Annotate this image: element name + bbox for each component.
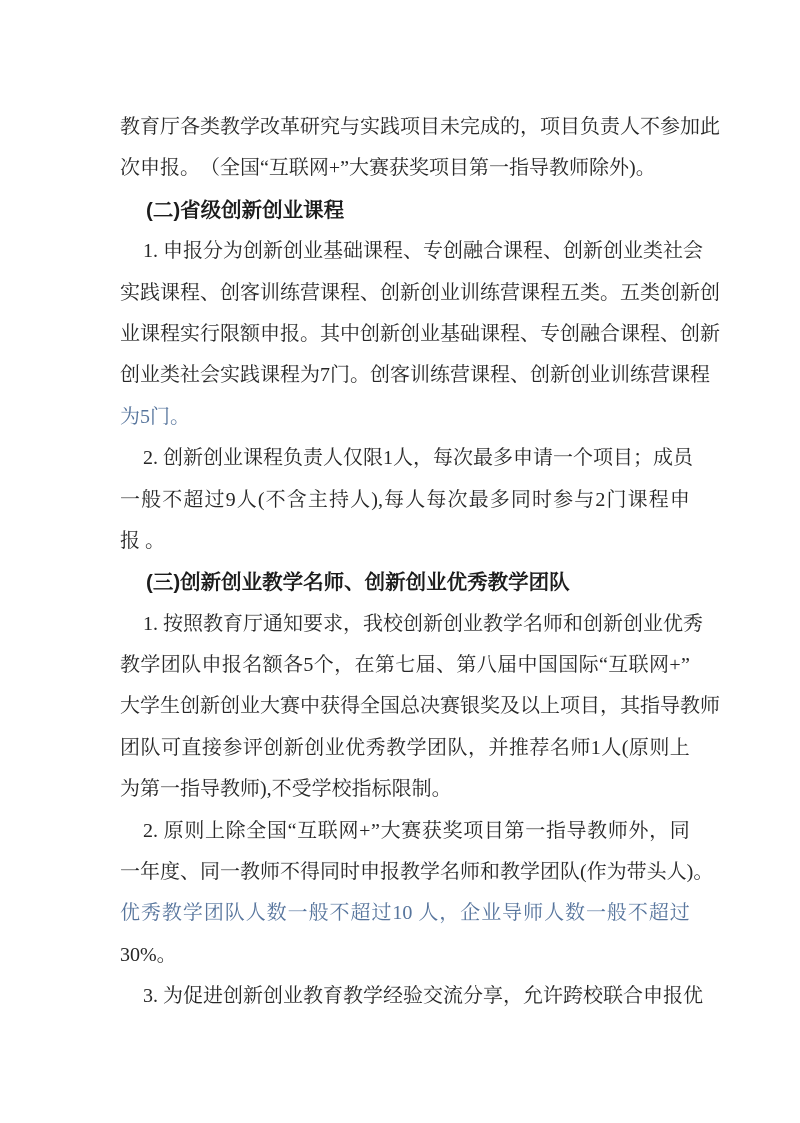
text-token: 专 <box>423 231 443 272</box>
text-token: 申 <box>163 231 183 272</box>
text-token: 上 <box>540 686 560 727</box>
text-token: 育 <box>323 976 343 1017</box>
text-token: 育 <box>223 604 243 645</box>
text-token: 教 <box>500 852 520 893</box>
text-token: 创 <box>243 231 263 272</box>
text-token: 作 <box>587 852 607 893</box>
text-token: 般 <box>141 480 161 521</box>
text-token: 2. <box>143 438 163 479</box>
text-token: 业 <box>643 604 663 645</box>
text-token: 中 <box>518 645 538 686</box>
text-token: 秀 <box>683 604 703 645</box>
text-token: 践 <box>380 107 400 148</box>
text-token: 教 <box>120 107 140 148</box>
text-token: 创 <box>120 355 140 396</box>
text-token: 程 <box>280 355 300 396</box>
text-token: 学 <box>363 976 383 1017</box>
text-token: 。 <box>300 314 320 355</box>
text-token: 申 <box>670 480 690 521</box>
text-token: 项 <box>560 686 580 727</box>
text-token: 业 <box>420 314 440 355</box>
text-token: 数 <box>565 893 585 934</box>
text-token: ， <box>343 604 363 645</box>
text-token: 队 <box>448 728 468 769</box>
text-token: 为 <box>300 355 320 396</box>
text-token: 团 <box>427 728 447 769</box>
document-text: 教育厅各类教学改革研究与实践项目未完成的，项目负责人不参加此次申报。 （全国“互… <box>120 107 690 1018</box>
text-token: 人 <box>323 438 343 479</box>
text-token: 生 <box>160 686 180 727</box>
text-token: 创 <box>403 604 423 645</box>
text-token: 第 <box>375 645 395 686</box>
text-line: 大学生创新创业大赛中获得全国总决赛银奖及以上项目，其指导教师 <box>120 686 690 727</box>
text-token: 1 <box>383 438 393 479</box>
text-token: 不 <box>330 893 350 934</box>
text-token: 目 <box>420 107 440 148</box>
text-token: 持 <box>329 480 349 521</box>
text-token: 目 <box>613 438 633 479</box>
text-token: 创 <box>380 273 400 314</box>
text-token: 师 <box>543 604 563 645</box>
text-token: 人 <box>405 480 425 521</box>
text-token: ， <box>600 686 620 727</box>
text-token: 请 <box>533 438 553 479</box>
text-token: 验 <box>403 976 423 1017</box>
text-token: 加 <box>680 107 700 148</box>
text-token: 参 <box>553 480 573 521</box>
text-token: ), <box>371 480 383 521</box>
text-token: 银 <box>460 686 480 727</box>
text-token: 程 <box>490 355 510 396</box>
text-token: 实 <box>220 355 240 396</box>
text-token: 名 <box>242 645 262 686</box>
text-token: 每 <box>433 438 453 479</box>
text-token: 究 <box>320 107 340 148</box>
text-token: 完 <box>460 107 480 148</box>
text-token: 网 <box>649 645 669 686</box>
text-token: 每 <box>384 480 404 521</box>
text-token: 实 <box>180 314 200 355</box>
text-token: 新 <box>183 438 203 479</box>
text-token: 新 <box>200 686 220 727</box>
text-token: 报 <box>380 852 400 893</box>
text-token: 个 <box>314 645 334 686</box>
text-token: 程 <box>649 480 669 521</box>
text-segment: (三)创新创业教学名师、创新创业优秀教学团队 <box>146 571 570 594</box>
text-token: 课 <box>140 314 160 355</box>
text-token: 头 <box>647 852 667 893</box>
text-token: 门 <box>606 480 626 521</box>
text-token: 创 <box>660 273 680 314</box>
text-token: 创 <box>304 728 324 769</box>
text-token: 第 <box>456 645 476 686</box>
text-token: 程 <box>690 355 710 396</box>
text-token: 总 <box>400 686 420 727</box>
text-token: 业 <box>240 686 260 727</box>
text-token: 全 <box>246 811 266 852</box>
text-token: 创 <box>530 355 550 396</box>
text-token: 各 <box>180 107 200 148</box>
text-segment: 次申报。 （全国“互联网+”大赛获奖项目第一指导教师除外)。 <box>120 157 656 179</box>
text-token: 名 <box>550 728 570 769</box>
text-token: 优 <box>345 728 365 769</box>
text-token: 、 <box>200 273 220 314</box>
text-token: 负 <box>580 107 600 148</box>
text-token: 营 <box>450 355 470 396</box>
text-token: 学 <box>420 852 440 893</box>
text-token: 目 <box>484 811 504 852</box>
text-token: 教 <box>120 645 140 686</box>
text-token: 团 <box>120 728 140 769</box>
text-token: ， <box>520 107 540 148</box>
text-token: 过 <box>371 893 391 934</box>
text-token: ” <box>681 645 690 686</box>
text-token: 类 <box>640 273 660 314</box>
text-token: 创 <box>563 231 583 272</box>
text-token: 人 <box>246 893 266 934</box>
text-token: 大 <box>260 686 280 727</box>
text-token: 互 <box>297 811 317 852</box>
text-token: 不 <box>640 107 660 148</box>
text-token: 师 <box>260 852 280 893</box>
text-token: 则 <box>649 728 669 769</box>
text-token: 客 <box>240 273 260 314</box>
text-token: 、 <box>436 645 456 686</box>
text-token: 1. <box>143 231 163 272</box>
text-token: 申 <box>260 314 280 355</box>
text-token: 创 <box>420 273 440 314</box>
text-token: 新 <box>243 976 263 1017</box>
text-token: 般 <box>309 893 329 934</box>
text-token: 原 <box>164 811 184 852</box>
text-token: 教 <box>587 811 607 852</box>
text-token: 教 <box>240 852 260 893</box>
text-token: 许 <box>543 976 563 1017</box>
text-token: 报 <box>663 976 683 1017</box>
text-line: 团队可直接参评创新创业优秀教学团队，并推荐名师1人(原则上 <box>120 728 690 769</box>
text-token: “ <box>599 645 608 686</box>
text-token: 申 <box>202 645 222 686</box>
text-token: 得 <box>340 686 360 727</box>
text-token: 学 <box>503 604 523 645</box>
text-token: 训 <box>610 355 630 396</box>
text-token: 流 <box>443 976 463 1017</box>
text-token: 队 <box>225 893 245 934</box>
text-token: 团 <box>161 645 181 686</box>
text-token: 课 <box>260 355 280 396</box>
text-token: 与 <box>574 480 594 521</box>
text-token: 导 <box>660 686 680 727</box>
text-token: ， <box>503 976 523 1017</box>
text-token: 类 <box>200 107 220 148</box>
text-token: 创 <box>360 314 380 355</box>
text-token: 全 <box>360 686 380 727</box>
text-segment: 为5门。 <box>120 406 190 428</box>
text-token: 创 <box>400 314 420 355</box>
text-token: 五 <box>620 273 640 314</box>
text-token: 目 <box>560 107 580 148</box>
text-token: 赛 <box>401 811 421 852</box>
text-token: 会 <box>683 231 703 272</box>
text-token: 业 <box>223 438 243 479</box>
text-token: 2. <box>143 811 163 852</box>
text-token: 目 <box>580 686 600 727</box>
text-token: 程 <box>523 231 543 272</box>
text-token: 新 <box>263 231 283 272</box>
text-token: 队 <box>560 852 580 893</box>
text-line: 教育厅各类教学改革研究与实践项目未完成的，项目负责人不参加此 <box>120 107 690 148</box>
text-line: 一年度、同一教师不得同时申报教学名师和教学团队(作为带头人)。 <box>120 852 690 893</box>
text-line: 3. 为促进创新创业教育教学经验交流分享，允许跨校联合申报优 <box>120 976 690 1017</box>
text-token: 校 <box>383 604 403 645</box>
text-token: ( <box>580 852 587 893</box>
text-token: 时 <box>532 480 552 521</box>
text-token: 跨 <box>563 976 583 1017</box>
text-token: 一 <box>288 893 308 934</box>
text-token: 队 <box>181 645 201 686</box>
text-token: 指 <box>546 811 566 852</box>
text-token: 学 <box>520 852 540 893</box>
text-token: 新 <box>700 314 720 355</box>
text-token: 导 <box>502 893 522 934</box>
text-token: 第 <box>505 811 525 852</box>
text-token: 程 <box>540 273 560 314</box>
text-token: 名 <box>523 604 543 645</box>
text-token: 践 <box>140 273 160 314</box>
text-token: 训 <box>410 355 430 396</box>
text-token: 程 <box>160 314 180 355</box>
text-line: 1. 按照教育厅通知要求，我校创新创业教学名师和创新创业优秀 <box>120 604 690 645</box>
section-heading-line: (三)创新创业教学名师、创新创业优秀教学团队 <box>120 562 690 603</box>
text-token: 一 <box>120 480 140 521</box>
text-token: 新 <box>284 728 304 769</box>
text-token: 会 <box>200 355 220 396</box>
text-token: 类 <box>643 231 663 272</box>
text-token: 五 <box>560 273 580 314</box>
text-token: 创 <box>583 604 603 645</box>
text-token: 可 <box>161 728 181 769</box>
text-token: 秀 <box>141 893 161 934</box>
text-token: 、 <box>180 852 200 893</box>
text-token: 导 <box>567 811 587 852</box>
text-token: 改 <box>260 107 280 148</box>
text-token: 行 <box>200 314 220 355</box>
text-line: 创业类社会实践课程为7门。创客训练营课程、创新创业训练营课程 <box>120 355 690 396</box>
text-token: 创 <box>370 355 390 396</box>
text-token: 练 <box>430 355 450 396</box>
text-token: 业 <box>303 231 323 272</box>
text-token: 中 <box>300 686 320 727</box>
text-line: 1. 申报分为创新创业基础课程、专创融合课程、创新创业类社会 <box>120 231 690 272</box>
text-token: 主 <box>308 480 328 521</box>
text-token: 项 <box>593 438 613 479</box>
text-token: 新 <box>423 604 443 645</box>
text-token: 网 <box>338 811 358 852</box>
text-token: 上 <box>670 728 690 769</box>
text-token: 学 <box>140 645 160 686</box>
text-token: 过 <box>205 480 225 521</box>
text-token: 训 <box>260 273 280 314</box>
text-token: 一 <box>220 852 240 893</box>
text-token: 实 <box>120 273 140 314</box>
text-token: 国 <box>538 645 558 686</box>
text-token: 革 <box>280 107 300 148</box>
text-token: 知 <box>283 604 303 645</box>
text-token: 程 <box>263 438 283 479</box>
text-line: 2. 创新创业课程负责人仅限1人，每次最多申请一个项目；成员 <box>120 438 690 479</box>
text-token: 求 <box>323 604 343 645</box>
text-token: 同 <box>200 852 220 893</box>
text-token: 最 <box>473 438 493 479</box>
text-token: 课 <box>480 314 500 355</box>
text-token: 练 <box>280 273 300 314</box>
text-token: 成 <box>653 438 673 479</box>
text-token: 申 <box>360 852 380 893</box>
text-token: 人 <box>544 893 564 934</box>
text-token: 人 <box>667 852 687 893</box>
text-token: 超 <box>649 893 669 934</box>
text-token: 额 <box>263 645 283 686</box>
text-token: 社 <box>180 355 200 396</box>
text-token: 外 <box>628 811 648 852</box>
text-token: 程 <box>640 314 660 355</box>
text-token: 营 <box>650 355 670 396</box>
text-token: 创 <box>443 604 463 645</box>
text-token: 创 <box>220 273 240 314</box>
text-token: 教 <box>220 107 240 148</box>
text-token: 报 <box>183 231 203 272</box>
text-line: 报 。 <box>120 521 690 562</box>
text-token: 客 <box>390 355 410 396</box>
text-token: 教 <box>483 604 503 645</box>
text-token: 多 <box>490 480 510 521</box>
text-token: 大 <box>381 811 401 852</box>
text-segment: 30%。 <box>120 944 177 966</box>
text-token: 课 <box>243 438 263 479</box>
text-token: 业 <box>140 355 160 396</box>
text-token: 及 <box>500 686 520 727</box>
text-token: 超 <box>350 893 370 934</box>
text-token: 的 <box>500 107 520 148</box>
text-token: 届 <box>497 645 517 686</box>
text-token: 学 <box>240 107 260 148</box>
text-token: 人 <box>393 438 413 479</box>
text-token: 融 <box>580 314 600 355</box>
text-token: 经 <box>383 976 403 1017</box>
text-token: 创 <box>603 231 623 272</box>
text-token: 八 <box>477 645 497 686</box>
text-token: 业 <box>120 314 140 355</box>
text-token: 创 <box>203 438 223 479</box>
text-token: 1 <box>591 728 601 769</box>
text-token: 不 <box>628 893 648 934</box>
text-line: 30%。 <box>120 935 690 976</box>
text-token: 企 <box>460 893 480 934</box>
text-line: 教学团队申报名额各5个，在第七届、第八届中国国际“互联网+” <box>120 645 690 686</box>
text-token: 和 <box>480 852 500 893</box>
text-token: 按 <box>163 604 183 645</box>
text-token: 通 <box>263 604 283 645</box>
text-token: 度 <box>160 852 180 893</box>
text-segment: 报 。 <box>120 530 165 552</box>
text-token: 程 <box>500 314 520 355</box>
text-token: ( <box>622 728 629 769</box>
text-token: 责 <box>600 107 620 148</box>
text-token: 创 <box>220 686 240 727</box>
text-token: 个 <box>573 438 593 479</box>
text-token: ， <box>439 893 459 934</box>
text-token: 学 <box>140 686 160 727</box>
text-token: 同 <box>320 852 340 893</box>
text-token: 接 <box>202 728 222 769</box>
text-token: 一 <box>525 811 545 852</box>
text-token: 创 <box>443 231 463 272</box>
text-token: 业 <box>623 231 643 272</box>
text-token: 教 <box>343 976 363 1017</box>
text-token: 、 <box>403 231 423 272</box>
text-token: 分 <box>203 231 223 272</box>
text-token: 、 <box>510 355 530 396</box>
text-token: 联 <box>629 645 649 686</box>
text-token: 我 <box>363 604 383 645</box>
text-token: 创 <box>283 231 303 272</box>
text-token: 1. <box>143 604 163 645</box>
text-token: 中 <box>340 314 360 355</box>
text-token: 创 <box>570 355 590 396</box>
text-token: 和 <box>563 604 583 645</box>
text-token: 不 <box>280 852 300 893</box>
text-token: 创 <box>223 976 243 1017</box>
text-token: 课 <box>520 273 540 314</box>
text-token: 获 <box>422 811 442 852</box>
text-token: 为 <box>223 231 243 272</box>
text-token: 课 <box>503 231 523 272</box>
text-token: 进 <box>203 976 223 1017</box>
text-token: 赛 <box>280 686 300 727</box>
text-token: 业 <box>590 355 610 396</box>
text-line: 业课程实行限额申报。其中创新创业基础课程、专创融合课程、创新 <box>120 314 690 355</box>
text-token: 师 <box>570 728 590 769</box>
text-token: 数 <box>267 893 287 934</box>
text-token: 。 <box>693 852 713 893</box>
text-token: 次 <box>453 438 473 479</box>
text-token: 员 <box>673 438 693 479</box>
text-token: 教 <box>386 728 406 769</box>
text-token: 、 <box>660 314 680 355</box>
text-token: 国 <box>558 645 578 686</box>
text-token: 额 <box>240 314 260 355</box>
text-token: 项 <box>463 811 483 852</box>
text-token: 教 <box>680 686 700 727</box>
text-token: ， <box>334 645 354 686</box>
text-token: 程 <box>383 231 403 272</box>
text-token: 国 <box>267 811 287 852</box>
text-token: 研 <box>300 107 320 148</box>
text-token: 2 <box>595 480 605 521</box>
text-token: 负 <box>283 438 303 479</box>
text-token: 则 <box>184 811 204 852</box>
text-token: 7 <box>320 355 330 396</box>
text-token: 新 <box>583 231 603 272</box>
text-token: 、 <box>360 273 380 314</box>
text-token: 育 <box>140 107 160 148</box>
text-token: 报 <box>222 645 242 686</box>
text-line: 为第一指导教师),不受学校指标限制。 <box>120 769 690 810</box>
text-token: 过 <box>670 893 690 934</box>
text-token: 奖 <box>443 811 463 852</box>
text-line: 实践课程、创客训练营课程、创新创业训练营课程五类。五类创新创 <box>120 273 690 314</box>
text-token: 厅 <box>243 604 263 645</box>
